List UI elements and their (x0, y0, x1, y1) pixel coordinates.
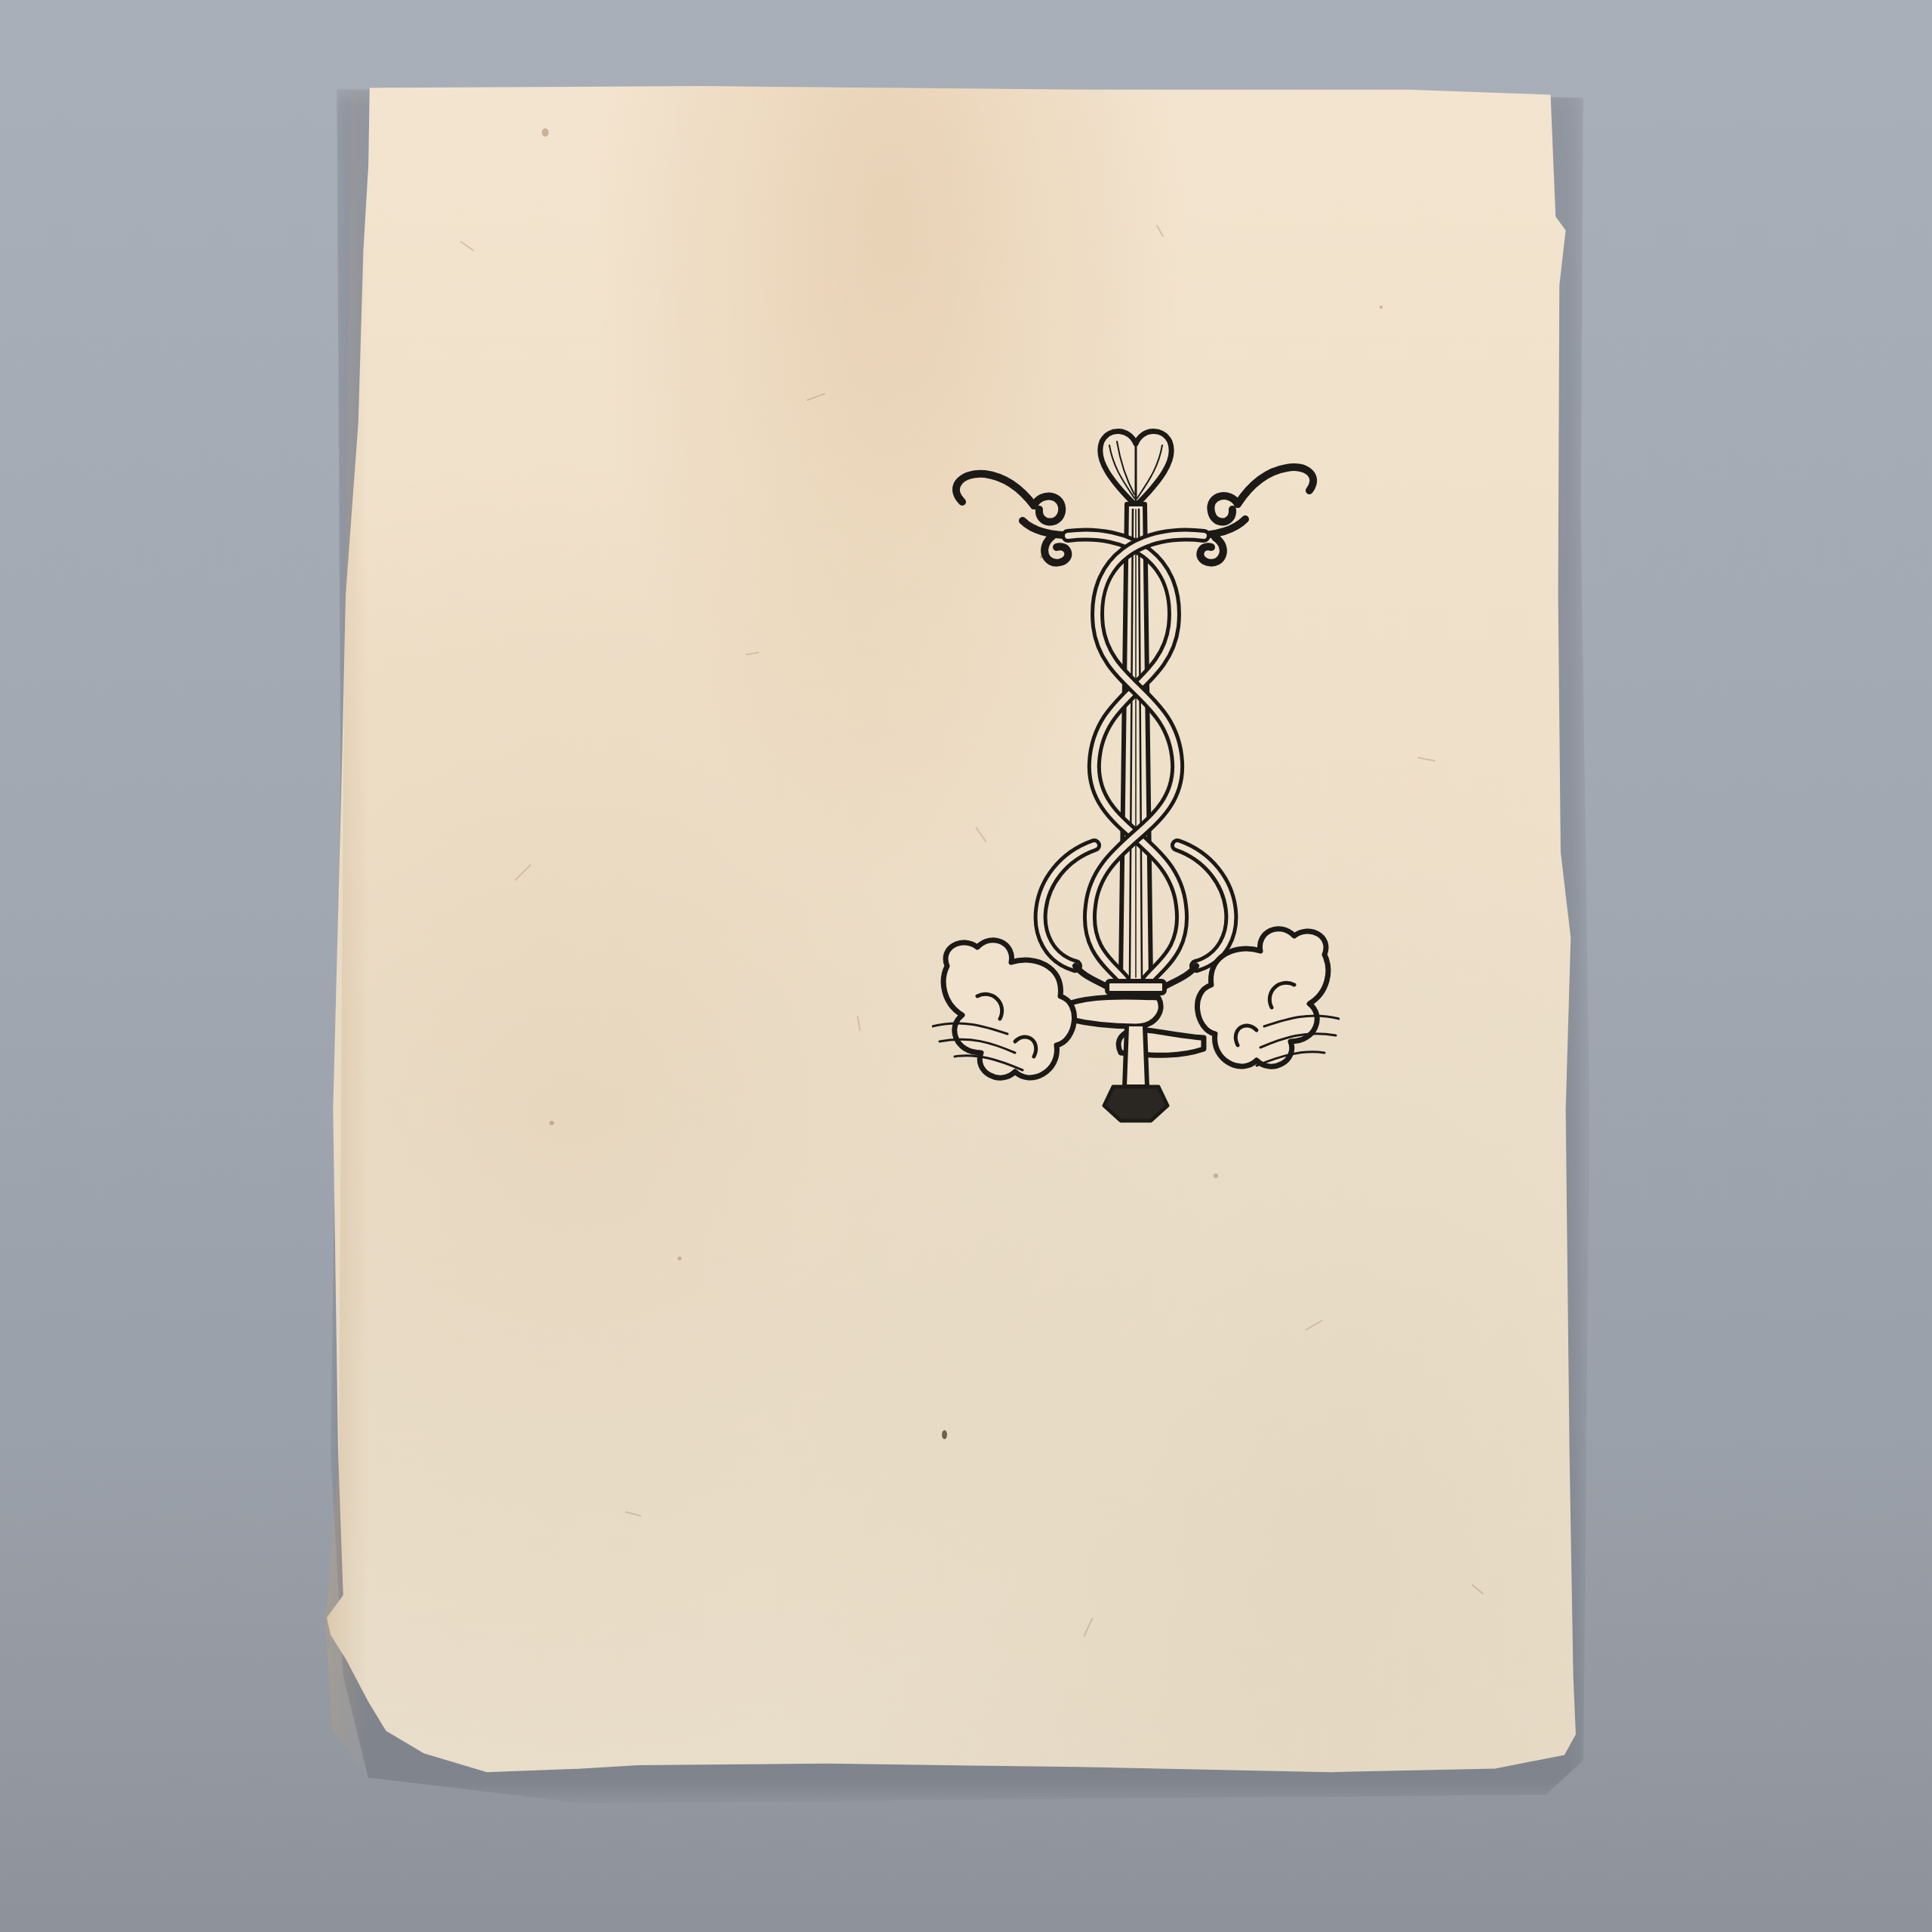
sword-grip-icon (1124, 1026, 1147, 1087)
paper-speck (1380, 306, 1383, 309)
paper-fiber (1472, 1584, 1484, 1595)
paper-speck (1214, 1174, 1218, 1178)
heart-icon (1100, 431, 1171, 506)
right-scroll-icon (1174, 467, 1313, 563)
paper-speck (542, 128, 549, 137)
sword-blade-icon (1121, 504, 1151, 981)
left-scroll-icon (956, 474, 1098, 563)
crossguard-icon (1107, 981, 1164, 993)
pommel-icon (1104, 1087, 1168, 1121)
paper-fiber (1083, 1617, 1094, 1637)
woodcut-illustration (932, 423, 1340, 1124)
paper-speck (678, 1257, 681, 1260)
paper-fiber (515, 864, 532, 881)
paper-fiber (460, 241, 474, 251)
paper-fiber (857, 1016, 860, 1031)
paper-fiber (1417, 757, 1435, 761)
paper-fiber (746, 651, 759, 655)
paper-speck (549, 1121, 554, 1125)
paper-fiber (806, 393, 825, 401)
paper-speck (942, 1430, 947, 1439)
paper-fiber (1156, 225, 1164, 238)
paper-fiber (1305, 1320, 1323, 1331)
woodcut-device (932, 423, 1340, 1124)
paper-fiber (625, 1511, 641, 1517)
